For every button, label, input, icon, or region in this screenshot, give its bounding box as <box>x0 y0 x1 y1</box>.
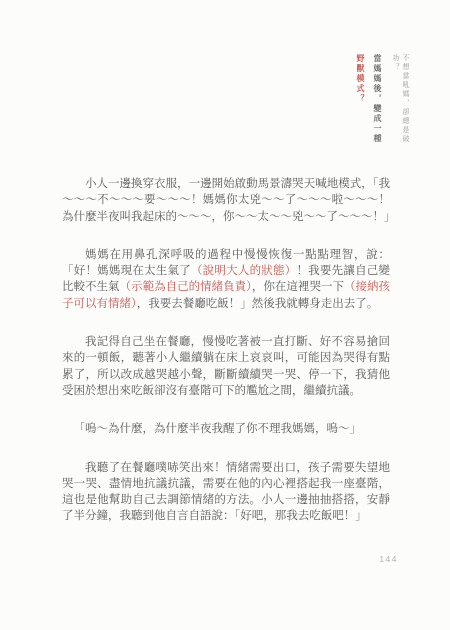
page-number: 144 <box>379 554 398 564</box>
dialogue-line: 「嗚～為什麼，為什麼半夜我醒了你不理我媽媽，嗚～」 <box>62 421 390 437</box>
red-annotation: （說明大人的狀態） <box>191 265 297 277</box>
paragraph: 小人一邊換穿衣服，一邊開始啟動馬景濤哭天喊地模式，「我～～～不～～～要～～～！媽… <box>62 176 390 225</box>
chapter-title-accent: 野獸模式？ <box>355 54 366 144</box>
book-page: 不想當吼媽，卻總是破功？ 當媽媽後，變成一種 野獸模式？ 小人一邊換穿衣服，一邊… <box>0 0 450 630</box>
text-segment: 我聽了在餐廳噗哧笑出來！情緒需要出口，孩子需要失望地哭一哭、盡情地抗議抗議，需要… <box>62 462 390 523</box>
text-segment: 我記得自己坐在餐廳，慢慢吃著被一直打斷、好不容易搶回來的一頓飯，聽著小人繼續躺在… <box>62 336 390 397</box>
body-text: 小人一邊換穿衣服，一邊開始啟動馬景濤哭天喊地模式，「我～～～不～～～要～～～！媽… <box>62 176 390 547</box>
paragraph: 我聽了在餐廳噗哧笑出來！情緒需要出口，孩子需要失望地哭一哭、盡情地抗議抗議，需要… <box>62 460 390 525</box>
text-segment: ，我要去餐廳吃飯！」然後我就轉身走出去了。 <box>137 298 379 310</box>
paragraph: 我記得自己坐在餐廳，慢慢吃著被一直打斷、好不容易搶回來的一頓飯，聽著小人繼續躺在… <box>62 334 390 399</box>
red-annotation: （示範為自己的情緒負責） <box>120 281 252 293</box>
chapter-title: 當媽媽後，變成一種 <box>372 54 383 144</box>
text-segment: ，你在這裡哭一下 <box>252 281 344 293</box>
text-segment: 「嗚～為什麼，為什麼半夜我醒了你不理我媽媽，嗚～」 <box>74 423 362 435</box>
chapter-header: 不想當吼媽，卻總是破功？ 當媽媽後，變成一種 野獸模式？ <box>355 54 410 144</box>
paragraph: 媽媽在用鼻孔深呼吸的過程中慢慢恢復一點點理智，說：「好！媽媽現在太生氣了（說明大… <box>62 247 390 312</box>
chapter-subtitle: 不想當吼媽，卻總是破功？ <box>390 54 410 144</box>
text-segment: 小人一邊換穿衣服，一邊開始啟動馬景濤哭天喊地模式，「我～～～不～～～要～～～！媽… <box>62 178 396 223</box>
